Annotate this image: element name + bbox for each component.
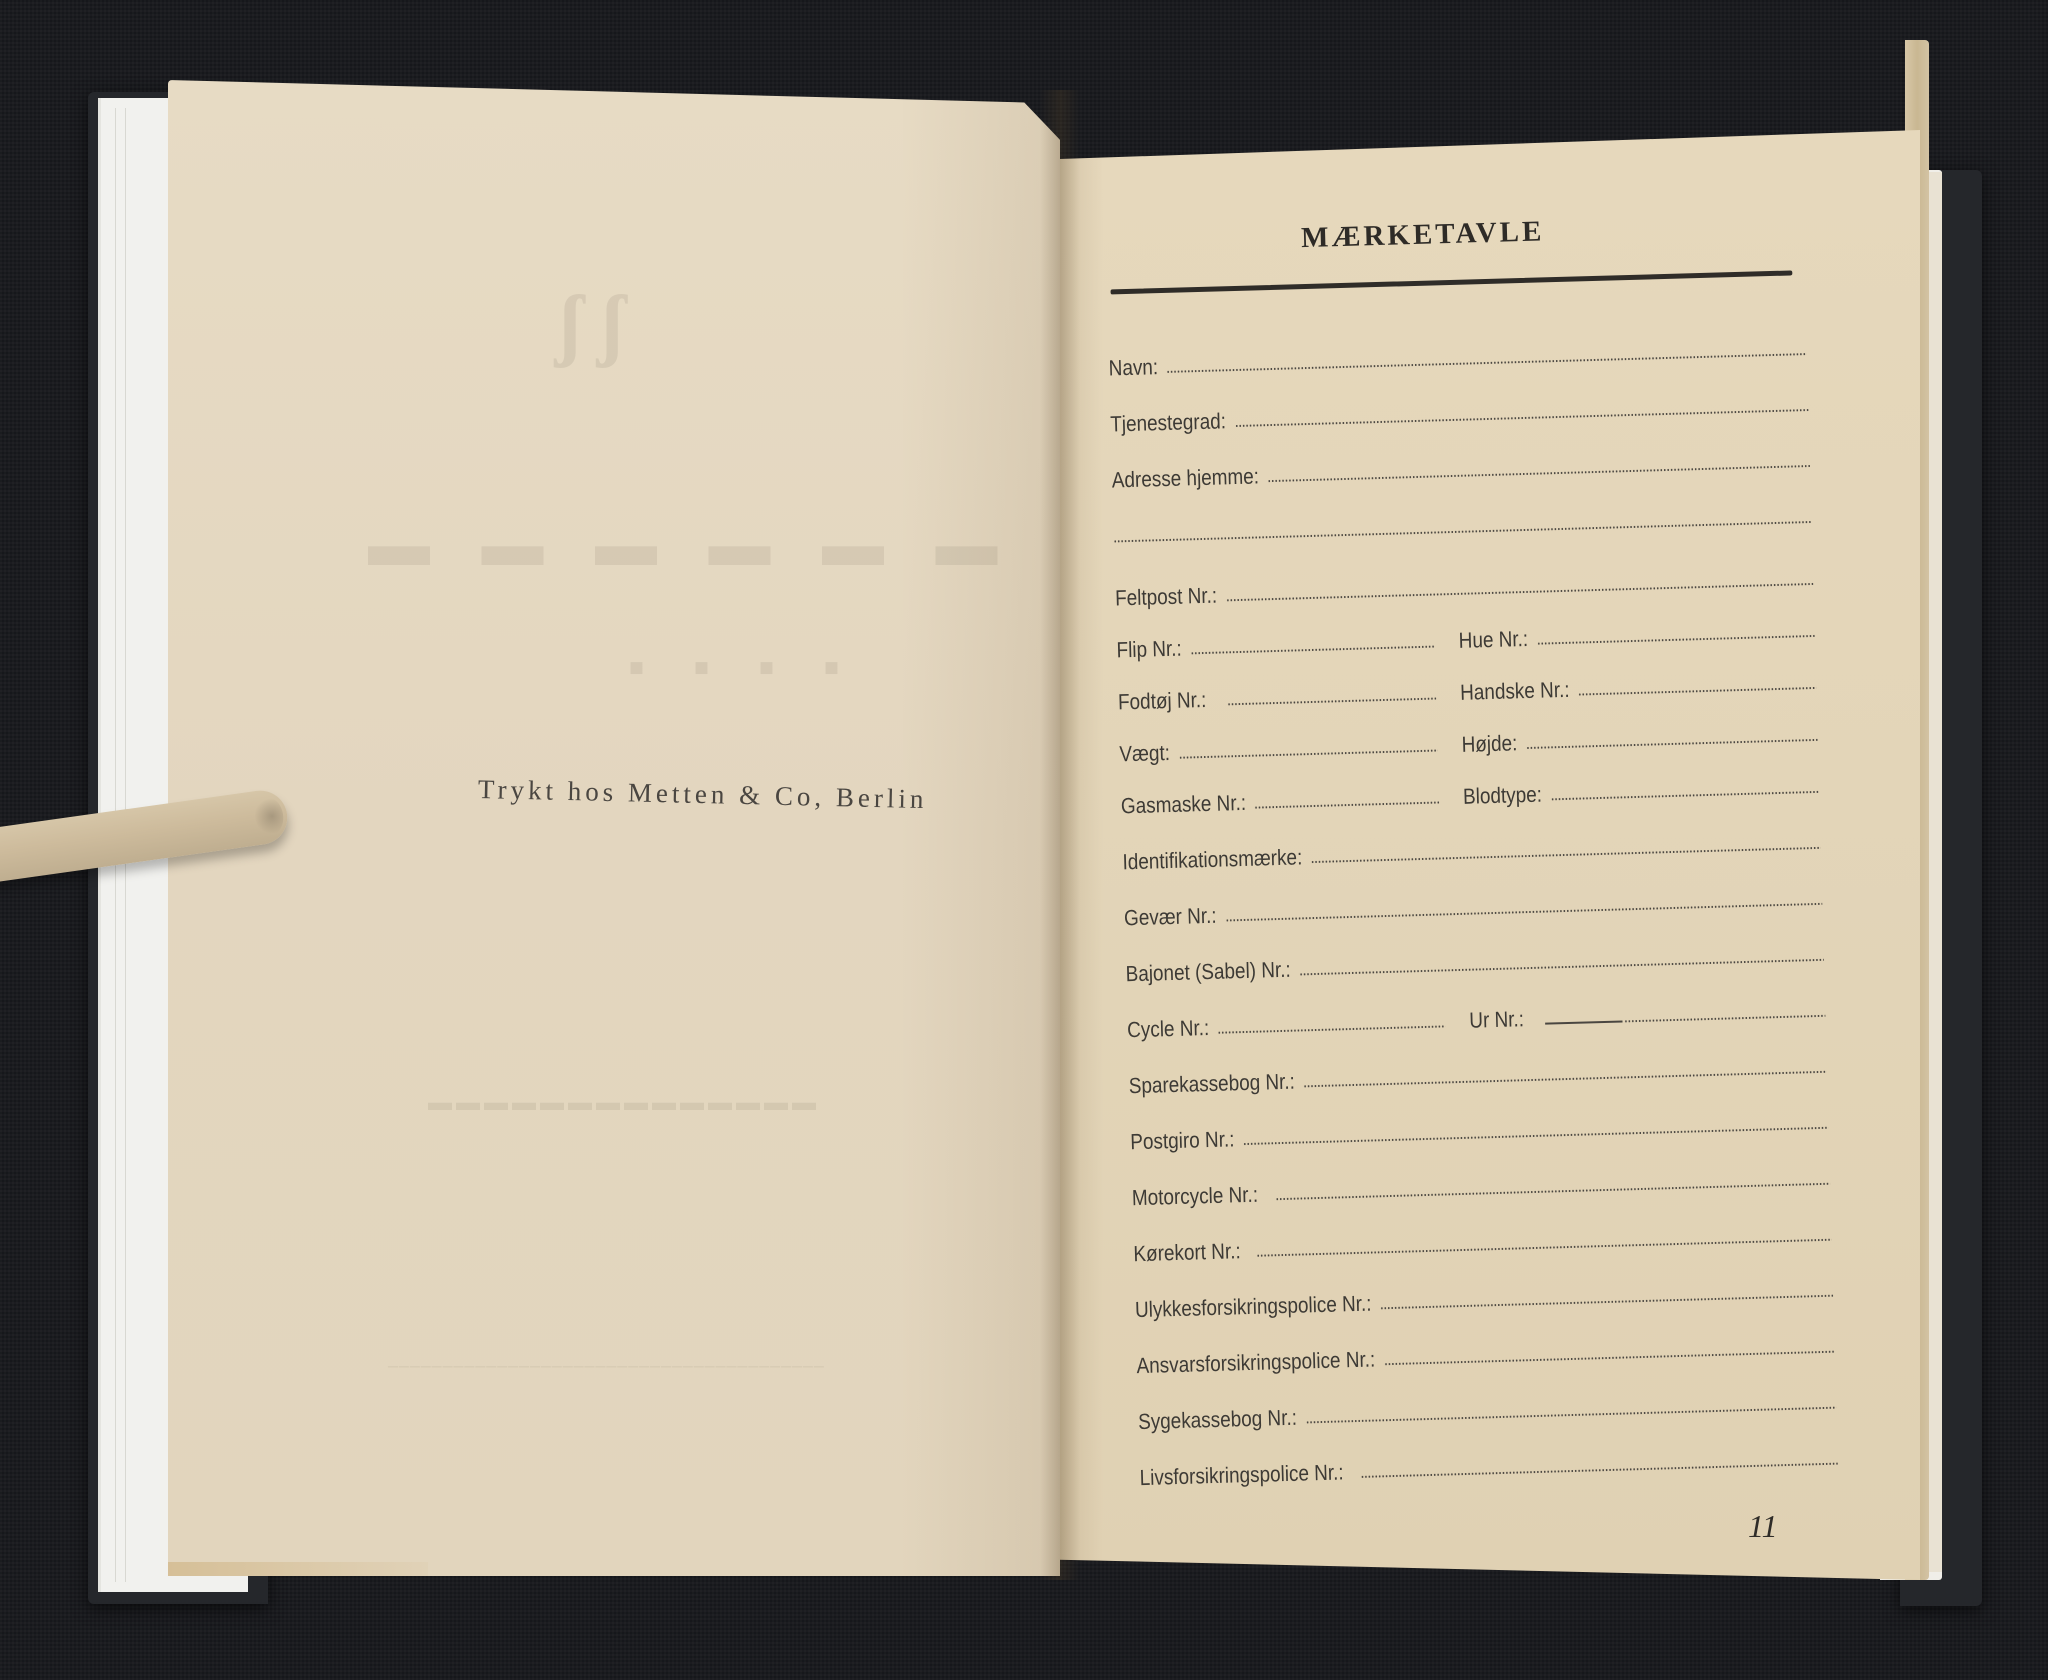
field-handske[interactable]: Handske Nr.:	[1460, 670, 1817, 706]
fill-line[interactable]	[1304, 1070, 1827, 1089]
field-hojde[interactable]: Højde:	[1461, 722, 1818, 758]
fill-line[interactable]	[1624, 1014, 1826, 1024]
fill-dash	[1545, 1020, 1622, 1024]
field-label: Feltpost Nr.:	[1115, 582, 1226, 611]
form-title: MÆRKETAVLE	[1301, 215, 1545, 255]
field-feltpost[interactable]: Feltpost Nr.:	[1115, 558, 1814, 611]
field-label: Tjenestegrad:	[1110, 408, 1235, 437]
field-flip[interactable]: Flip Nr.:	[1116, 629, 1435, 664]
field-ulykkesforsikring[interactable]: Ulykkesforsikringspolice Nr.:	[1134, 1270, 1833, 1323]
field-label: Højde:	[1461, 730, 1526, 758]
field-label: Blodtype:	[1463, 781, 1551, 809]
field-bajonet[interactable]: Bajonet (Sabel) Nr.:	[1125, 934, 1824, 987]
field-adresse-continued[interactable]	[1113, 496, 1812, 549]
field-label: Gasmaske Nr.:	[1121, 790, 1255, 820]
row-gasmaske-blodtype: Gasmaske Nr.: Blodtype:	[1120, 766, 1819, 819]
title-rule	[1111, 270, 1793, 294]
field-label: Handske Nr.:	[1460, 677, 1579, 706]
fill-line[interactable]	[1551, 790, 1820, 801]
fill-line[interactable]	[1235, 408, 1809, 428]
fill-line[interactable]	[1227, 697, 1436, 707]
field-tjenestegrad[interactable]: Tjenestegrad:	[1110, 384, 1809, 437]
field-fodtoj[interactable]: Fodtøj Nr.:	[1118, 681, 1437, 716]
field-vaegt[interactable]: Vægt:	[1119, 733, 1438, 768]
field-postgiro[interactable]: Postgiro Nr.:	[1130, 1102, 1829, 1155]
fill-line[interactable]	[1380, 1294, 1833, 1311]
bleed-through-emblem: ʃʃ	[558, 280, 642, 371]
bleed-through-rule: ────────────────────────────────────────	[388, 1360, 825, 1376]
field-label: Gevær Nr.:	[1124, 903, 1226, 932]
field-label: Ansvarsforsikringspolice Nr.:	[1136, 1346, 1384, 1379]
field-label: Navn:	[1108, 354, 1167, 382]
fill-line[interactable]	[1218, 1024, 1446, 1034]
fill-line[interactable]	[1255, 800, 1440, 809]
field-label: Motorcycle Nr.:	[1132, 1181, 1276, 1211]
fill-line[interactable]	[1113, 520, 1811, 543]
left-page: ʃʃ ▬ ▬ ▬ ▬ ▬ ▬ ▪ ▪ ▪ ▪ ▬▬▬▬▬▬▬▬▬▬▬▬▬▬ ──…	[168, 80, 1060, 1576]
field-label: Sygekassebog Nr.:	[1138, 1404, 1306, 1435]
field-ansvarsforsikring[interactable]: Ansvarsforsikringspolice Nr.:	[1136, 1326, 1835, 1379]
row-vaegt-hojde: Vægt: Højde:	[1119, 714, 1818, 767]
fill-line[interactable]	[1167, 352, 1807, 374]
fill-line[interactable]	[1526, 738, 1818, 750]
field-label: Ur Nr.:	[1469, 1006, 1545, 1034]
field-label: Sparekassebog Nr.:	[1128, 1068, 1303, 1099]
fill-line[interactable]	[1578, 686, 1816, 697]
fill-line[interactable]	[1311, 846, 1821, 864]
fill-line[interactable]	[1268, 464, 1810, 483]
field-gevaer[interactable]: Gevær Nr.:	[1123, 878, 1822, 931]
field-ur[interactable]: Ur Nr.:	[1469, 998, 1826, 1034]
row-flip-hue: Flip Nr.: Hue Nr.:	[1116, 610, 1815, 663]
field-identifikation[interactable]: Identifikationsmærke:	[1122, 822, 1821, 875]
field-sygekassebog[interactable]: Sygekassebog Nr.:	[1138, 1382, 1837, 1435]
field-label: Identifikationsmærke:	[1122, 844, 1311, 875]
field-label: Kørekort Nr.:	[1133, 1238, 1256, 1267]
fill-line[interactable]	[1299, 958, 1824, 977]
field-label: Ulykkesforsikringspolice Nr.:	[1135, 1290, 1381, 1323]
field-label: Fodtøj Nr.:	[1118, 687, 1216, 716]
field-hue[interactable]: Hue Nr.:	[1458, 618, 1815, 654]
fill-line[interactable]	[1256, 1238, 1831, 1258]
field-cycle[interactable]: Cycle Nr.:	[1127, 1008, 1446, 1043]
field-label: Adresse hjemme:	[1111, 463, 1267, 493]
page-stain	[168, 1562, 428, 1576]
book-spine-shadow	[1040, 90, 1080, 1580]
fill-line[interactable]	[1179, 749, 1438, 760]
fill-line[interactable]	[1226, 582, 1814, 602]
row-fodtoj-handske: Fodtøj Nr.: Handske Nr.:	[1117, 662, 1816, 715]
field-livsforsikring[interactable]: Livsforsikringspolice Nr.:	[1139, 1438, 1838, 1491]
field-label: Vægt:	[1119, 740, 1179, 768]
fill-line[interactable]	[1306, 1406, 1837, 1425]
field-adresse[interactable]: Adresse hjemme:	[1111, 440, 1810, 493]
field-label: Cycle Nr.:	[1127, 1015, 1218, 1044]
fill-line[interactable]	[1384, 1350, 1835, 1367]
fill-line[interactable]	[1275, 1182, 1830, 1201]
field-sparekassebog[interactable]: Sparekassebog Nr.:	[1128, 1046, 1827, 1099]
fill-line[interactable]	[1361, 1462, 1838, 1479]
field-label: Livsforsikringspolice Nr.:	[1139, 1459, 1361, 1491]
fill-line[interactable]	[1225, 902, 1822, 923]
identification-form: MÆRKETAVLE Navn: Tjenestegrad: Adresse h…	[1090, 180, 1827, 1539]
field-navn[interactable]: Navn:	[1108, 328, 1807, 381]
field-gasmaske[interactable]: Gasmaske Nr.:	[1121, 784, 1440, 819]
fill-line[interactable]	[1243, 1126, 1829, 1146]
field-label: Hue Nr.:	[1458, 626, 1537, 654]
bleed-through-line: ▬▬▬▬▬▬▬▬▬▬▬▬▬▬	[428, 1090, 820, 1117]
bleed-through-heading: ▬ ▬ ▬ ▬ ▬ ▬	[368, 510, 1016, 581]
field-label: Bajonet (Sabel) Nr.:	[1125, 956, 1299, 987]
fill-line[interactable]	[1190, 645, 1434, 656]
field-label: Postgiro Nr.:	[1130, 1126, 1243, 1155]
field-korekort[interactable]: Kørekort Nr.:	[1133, 1214, 1832, 1267]
row-cycle-ur: Cycle Nr.: Ur Nr.:	[1127, 990, 1826, 1043]
field-blodtype[interactable]: Blodtype:	[1463, 774, 1820, 810]
field-label: Flip Nr.:	[1116, 635, 1190, 663]
field-motorcycle[interactable]: Motorcycle Nr.:	[1131, 1158, 1830, 1211]
fill-line[interactable]	[1537, 634, 1815, 646]
page-number: 11	[1748, 1508, 1778, 1545]
bleed-through-year: ▪ ▪ ▪ ▪	[628, 640, 858, 695]
